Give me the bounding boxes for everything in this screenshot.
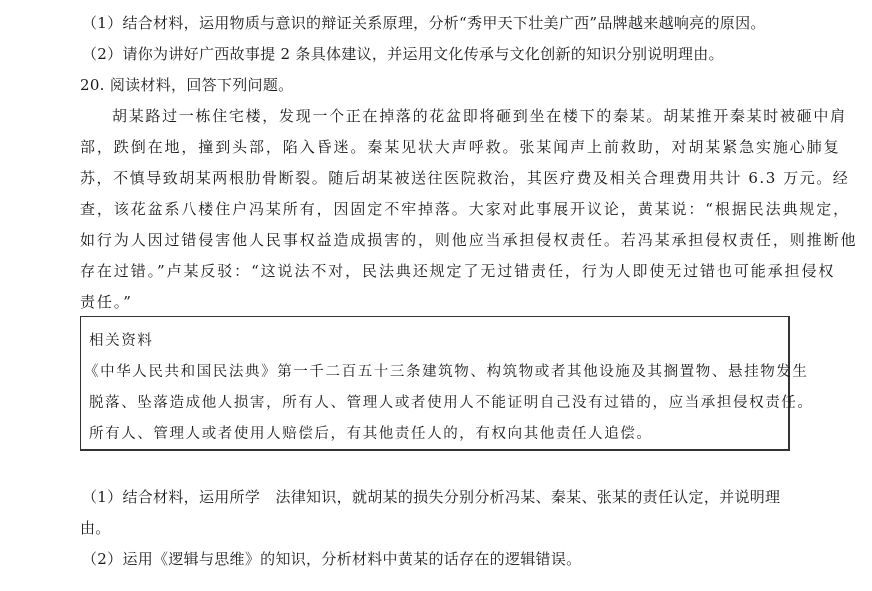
material-line: 如行为人因过错侵害他人民事权益造成损害的，则他应当承担侵权责任。若冯某承担侵权责… xyxy=(80,230,857,250)
q20-sub1-line1: （1）结合材料，运用所学 法律知识，就胡某的损失分别分析冯某、秦某、张某的责任认… xyxy=(82,487,780,507)
q20-sub2: （2）运用《逻辑与思维》的知识，分析材料中黄某的话存在的逻辑错误。 xyxy=(82,549,581,569)
related-material-box: 相关资料 《中华人民共和国民法典》第一千二百五十三条建筑物、构筑物或者其他设施及… xyxy=(80,316,790,451)
q19-sub1: （1）结合材料，运用物质与意识的辩证关系原理，分析“秀甲天下壮美广西”品牌越来越… xyxy=(82,13,766,33)
box-line: 《中华人民共和国民法典》第一千二百五十三条建筑物、构筑物或者其他设施及其搁置物、… xyxy=(84,360,809,381)
box-line: 所有人、管理人或者使用人赔偿后，有其他责任人的，有权向其他责任人追偿。 xyxy=(89,422,653,443)
q20-heading: 20. 阅读材料，回答下列问题。 xyxy=(80,75,293,95)
material-line: 苏，不慎导致胡某两根肋骨断裂。随后胡某被送往医院救治，其医疗费及相关合理费用共计… xyxy=(80,168,849,188)
box-line: 脱落、坠落造成他人损害，所有人、管理人或者使用人不能证明自己没有过错的，应当承担… xyxy=(89,391,814,412)
q19-sub2: （2）请你为讲好广西故事提 2 条具体建议，并运用文化传承与文化创新的知识分别说… xyxy=(82,44,724,64)
material-line: 查，该花盆系八楼住户冯某所有，因固定不牢掉落。大家对此事展开议论，黄某说：“根据… xyxy=(80,199,850,219)
material-line: 胡某路过一栋住宅楼，发现一个正在掉落的花盆即将砸到坐在楼下的秦某。胡某推开秦某时… xyxy=(112,106,847,126)
material-line: 存在过错。”卢某反驳：“这说法不对，民法典还规定了无过错责任，行为人即使无过错也… xyxy=(80,261,835,281)
material-line: 部，跌倒在地，撞到头部，陷入昏迷。秦某见状大声呼救。张某闻声上前救助，对胡某紧急… xyxy=(80,137,841,157)
q20-sub1-line2: 由。 xyxy=(80,518,111,538)
box-title: 相关资料 xyxy=(89,329,153,350)
material-line: 责任。” xyxy=(80,292,133,312)
